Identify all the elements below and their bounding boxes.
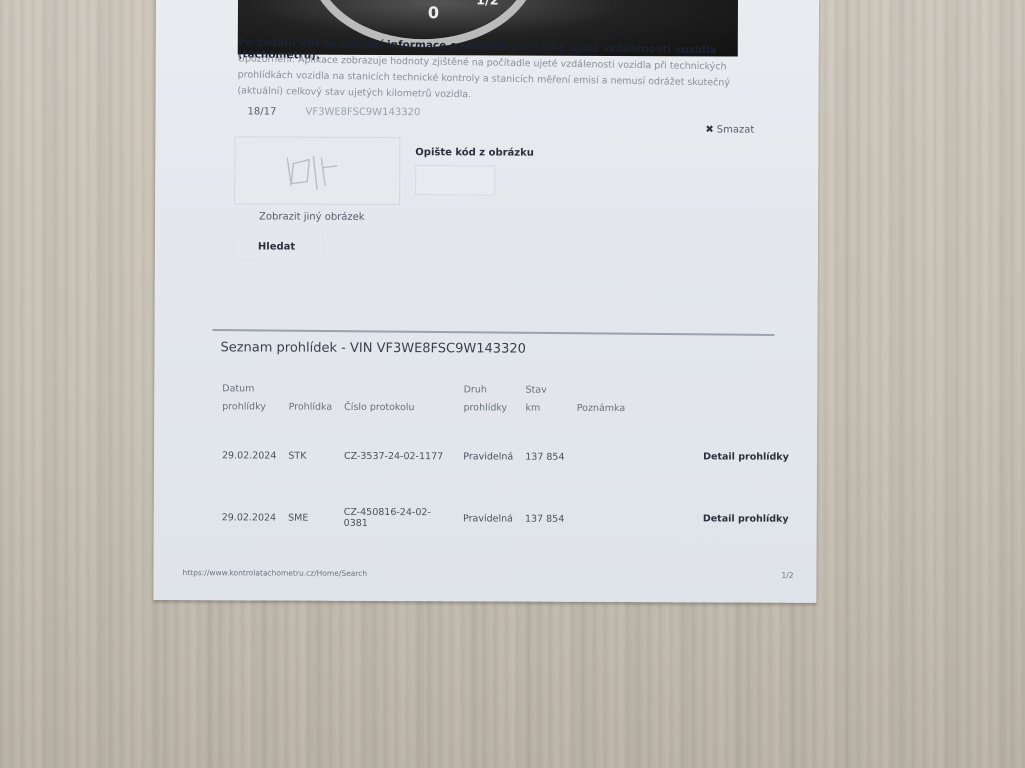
results-title: Seznam prohlídek - VIN VF3WE8FSC9W143320	[220, 340, 526, 356]
clear-label: Smazat	[717, 124, 755, 135]
col-type: Prohlídka	[283, 381, 339, 425]
captcha-input[interactable]	[415, 165, 495, 195]
col-kind: Druhprohlídky	[457, 381, 519, 425]
cell-kind: Pravidelná	[457, 425, 519, 487]
footer-url: https://www.kontrolatachometru.cz/Home/S…	[182, 568, 367, 578]
captcha-image	[234, 136, 400, 205]
col-action	[675, 382, 817, 427]
section-divider	[213, 329, 775, 336]
cell-date: 29.02.2024	[216, 424, 283, 486]
clear-button[interactable]: ✖Smazat	[705, 124, 754, 135]
detail-button[interactable]: Detail prohlídky	[681, 440, 811, 475]
col-protocol: Číslo protokolu	[338, 381, 458, 426]
captcha-label: Opište kód z obrázku	[415, 147, 534, 159]
refresh-captcha-link[interactable]: Zobrazit jiný obrázek	[259, 211, 365, 222]
cell-protocol: CZ-450816-24-02-0381	[338, 487, 458, 550]
vin-field[interactable]: 18/17 VF3WE8FSC9W143320	[247, 106, 420, 118]
col-note: Poznámka	[571, 382, 676, 426]
cell-note	[570, 488, 675, 550]
cell-note	[570, 426, 675, 488]
search-button[interactable]: Hledat	[233, 232, 323, 260]
detail-button[interactable]: Detail prohlídky	[681, 502, 811, 537]
table-header-row: Datumprohlídky Prohlídka Číslo protokolu…	[216, 380, 817, 427]
vin-input-value[interactable]: VF3WE8FSC9W143320	[305, 107, 420, 119]
cell-km: 137 854	[519, 488, 571, 550]
printed-page: 0 1/2 Po zadání VIN se zobrazí informace…	[153, 0, 819, 603]
notice-text: Upozornění: Aplikace zobrazuje hodnoty z…	[237, 51, 758, 108]
cell-date: 29.02.2024	[216, 486, 283, 548]
cell-km: 137 854	[519, 426, 571, 488]
char-counter: 18/17	[247, 106, 276, 117]
page-number: 1/2	[781, 571, 793, 580]
inspections-table: Datumprohlídky Prohlídka Číslo protokolu…	[216, 380, 818, 551]
table-row: 29.02.2024 STK CZ-3537-24-02-1177 Pravid…	[216, 424, 817, 489]
gauge-label: 0	[428, 3, 439, 22]
cell-type: SME	[282, 487, 338, 549]
cell-protocol: CZ-3537-24-02-1177	[338, 425, 458, 488]
x-icon: ✖	[705, 124, 713, 135]
col-km: Stavkm	[519, 382, 570, 426]
col-date: Datumprohlídky	[216, 380, 283, 424]
cell-type: STK	[282, 425, 338, 487]
table-row: 29.02.2024 SME CZ-450816-24-02-0381 Prav…	[216, 486, 817, 551]
gauge-label: 1/2	[476, 0, 499, 8]
cell-kind: Pravidelná	[457, 487, 519, 549]
